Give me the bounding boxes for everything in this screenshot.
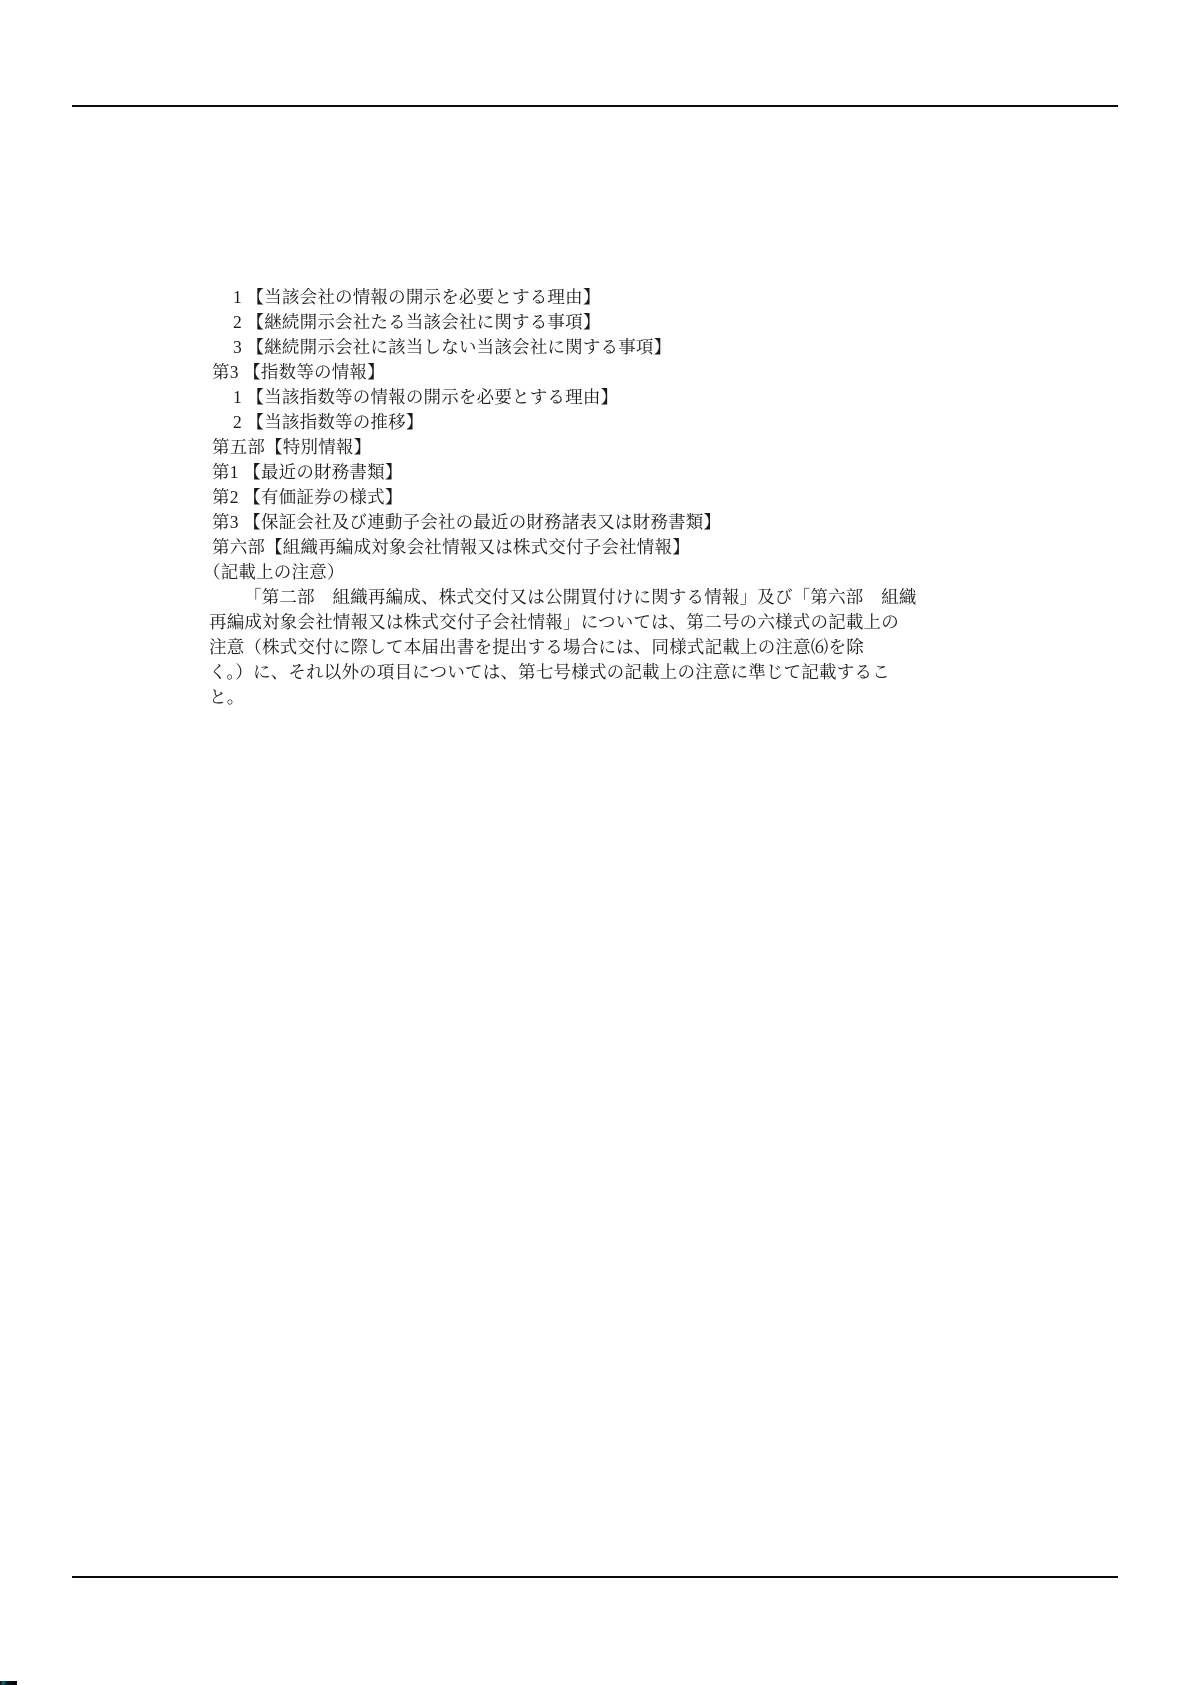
- document-line: 第五部【特別情報】: [212, 435, 1192, 460]
- document-line: 「第二部 組織再編成、株式交付又は公開買付けに関する情報」及び「第六部 組織: [244, 585, 1192, 610]
- document-line: 注意（株式交付に際して本届出書を提出する場合には、同様式記載上の注意⑹を除: [209, 635, 1192, 660]
- document-line: （記載上の注意）: [203, 560, 1192, 585]
- document-line: 第3 【指数等の情報】: [212, 360, 1192, 385]
- document-line: 再編成対象会社情報又は株式交付子会社情報」については、第二号の六様式の記載上の: [209, 610, 1192, 635]
- document-line: く。）に、それ以外の項目については、第七号様式の記載上の注意に準じて記載するこ: [209, 660, 1192, 685]
- document-line: 1 【当該指数等の情報の開示を必要とする理由】: [233, 385, 1192, 410]
- scan-artifact-mark: [0, 1681, 17, 1685]
- document-line: 2 【継続開示会社たる当該会社に関する事項】: [233, 310, 1192, 335]
- top-horizontal-rule: [72, 105, 1118, 107]
- document-line: 3 【継続開示会社に該当しない当該会社に関する事項】: [233, 335, 1192, 360]
- document-line: 第2 【有価証券の様式】: [212, 485, 1192, 510]
- document-line: 1 【当該会社の情報の開示を必要とする理由】: [233, 285, 1192, 310]
- document-page: 1 【当該会社の情報の開示を必要とする理由】2 【継続開示会社たる当該会社に関す…: [0, 0, 1192, 1685]
- document-body: 1 【当該会社の情報の開示を必要とする理由】2 【継続開示会社たる当該会社に関す…: [0, 285, 1192, 710]
- document-line: 第1 【最近の財務書類】: [212, 460, 1192, 485]
- document-line: 2 【当該指数等の推移】: [233, 410, 1192, 435]
- document-line: 第六部【組織再編成対象会社情報又は株式交付子会社情報】: [212, 535, 1192, 560]
- document-line: 第3 【保証会社及び連動子会社の最近の財務諸表又は財務書類】: [212, 510, 1192, 535]
- document-line: と。: [209, 685, 1192, 710]
- bottom-horizontal-rule: [72, 1576, 1118, 1578]
